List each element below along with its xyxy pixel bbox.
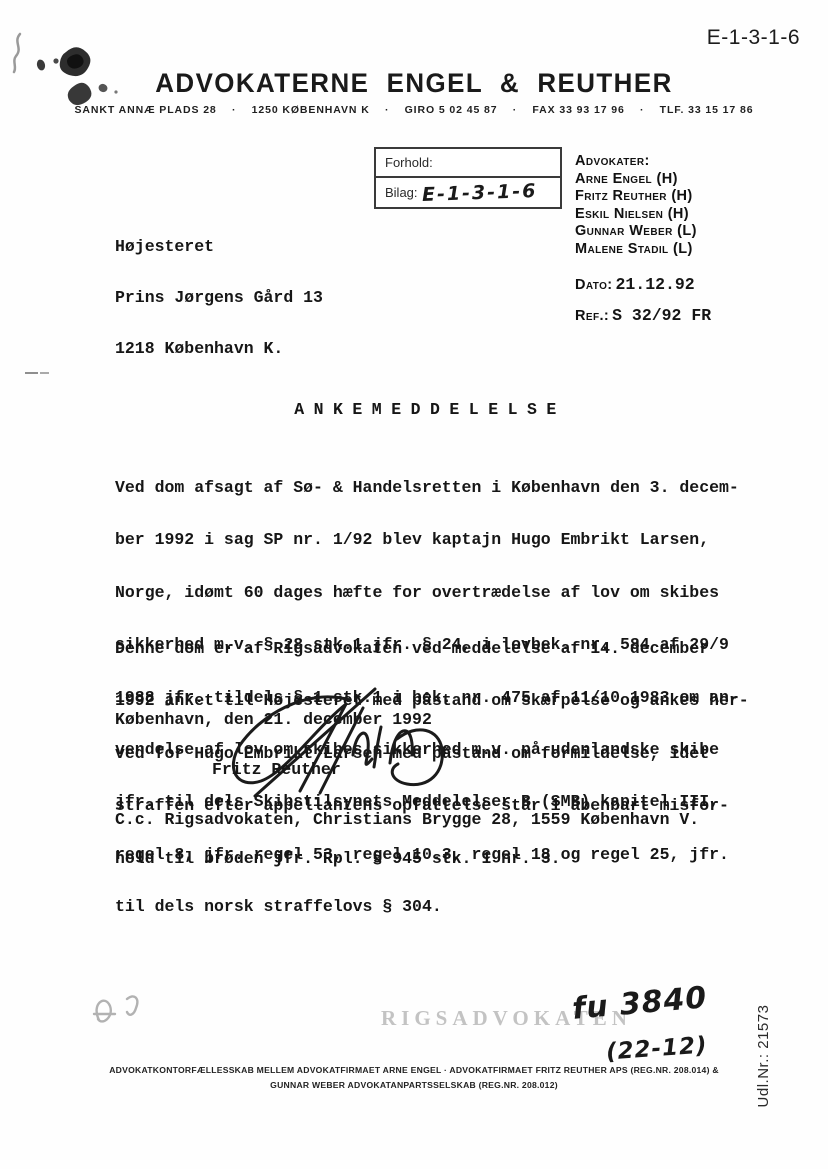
date-value: 21.12.92	[616, 275, 695, 294]
bilag-row: Bilag: E-1-3-1-6	[376, 178, 560, 207]
bilag-label: Bilag:	[385, 185, 418, 200]
file-reference-box: Forhold: Bilag: E-1-3-1-6	[374, 147, 562, 209]
footer-line: ADVOKATKONTORFÆLLESSKAB MELLEM ADVOKATFI…	[0, 1063, 828, 1078]
recipient-line: Prins Jørgens Gård 13	[115, 289, 323, 306]
ref-label: Ref.:	[575, 308, 609, 324]
signer-name: Fritz Reuther	[212, 760, 341, 779]
date-row: Dato: 21.12.92	[575, 275, 695, 294]
ref-value: S 32/92 FR	[612, 306, 711, 325]
handwritten-signature	[185, 683, 455, 803]
archive-code: E-1-3-1-6	[707, 26, 800, 50]
advokat-name: Fritz Reuther (H)	[575, 188, 697, 206]
journal-number-handwritten: fu 3840	[571, 980, 709, 1027]
body-line: Denne dom er af Rigsadvokaten ved meddel…	[115, 641, 749, 657]
body-line: ber 1992 i sag SP nr. 1/92 blev kaptajn …	[115, 532, 739, 548]
side-number-rotated: Udl.Nr.: 21573	[755, 976, 775, 1136]
pencil-mark	[25, 372, 49, 374]
scanned-letter-page: E-1-3-1-6 ADVOKATERNE ENGEL & REUTHER SA…	[0, 0, 828, 1169]
advokat-name: Gunnar Weber (L)	[575, 223, 697, 241]
body-line: hold til brøden jfr. Rpl. § 945 stk. 1 n…	[115, 851, 749, 867]
advokater-heading: Advokater:	[575, 153, 697, 171]
advokater-list: Advokater: Arne Engel (H) Fritz Reuther …	[575, 153, 697, 258]
footer-line: GUNNAR WEBER ADVOKATANPARTSSELSKAB (REG.…	[0, 1078, 828, 1093]
date-label: Dato:	[575, 277, 613, 293]
advokat-name: Eskil Nielsen (H)	[575, 206, 697, 224]
bilag-handwritten-value: E-1-3-1-6	[421, 179, 537, 205]
recipient-line: Højesteret	[115, 238, 323, 255]
firm-name: ADVOKATERNE ENGEL & REUTHER	[17, 68, 812, 99]
forhold-row: Forhold:	[376, 149, 560, 178]
pencil-scribble	[85, 990, 155, 1035]
ref-row: Ref.: S 32/92 FR	[575, 306, 711, 325]
cc-line: C.c. Rigsadvokaten, Christians Brygge 28…	[115, 810, 699, 829]
recipient-address: Højesteret Prins Jørgens Gård 13 1218 Kø…	[115, 204, 323, 391]
body-line: Ved dom afsagt af Sø- & Handelsretten i …	[115, 480, 739, 496]
forhold-label: Forhold:	[385, 155, 433, 170]
advokat-name: Arne Engel (H)	[575, 171, 697, 189]
body-line: Norge, idømt 60 dages hæfte for overtræd…	[115, 585, 739, 601]
document-title: ANKEMEDDELELSE	[115, 400, 745, 419]
recipient-line: 1218 København K.	[115, 340, 323, 357]
footer: ADVOKATKONTORFÆLLESSKAB MELLEM ADVOKATFI…	[0, 1063, 828, 1093]
letterhead-contact-line: SANKT ANNÆ PLADS 28 · 1250 KØBENHAVN K ·…	[0, 104, 828, 116]
advokat-name: Malene Stadil (L)	[575, 241, 697, 259]
journal-date-handwritten: (22-12)	[605, 1032, 708, 1065]
